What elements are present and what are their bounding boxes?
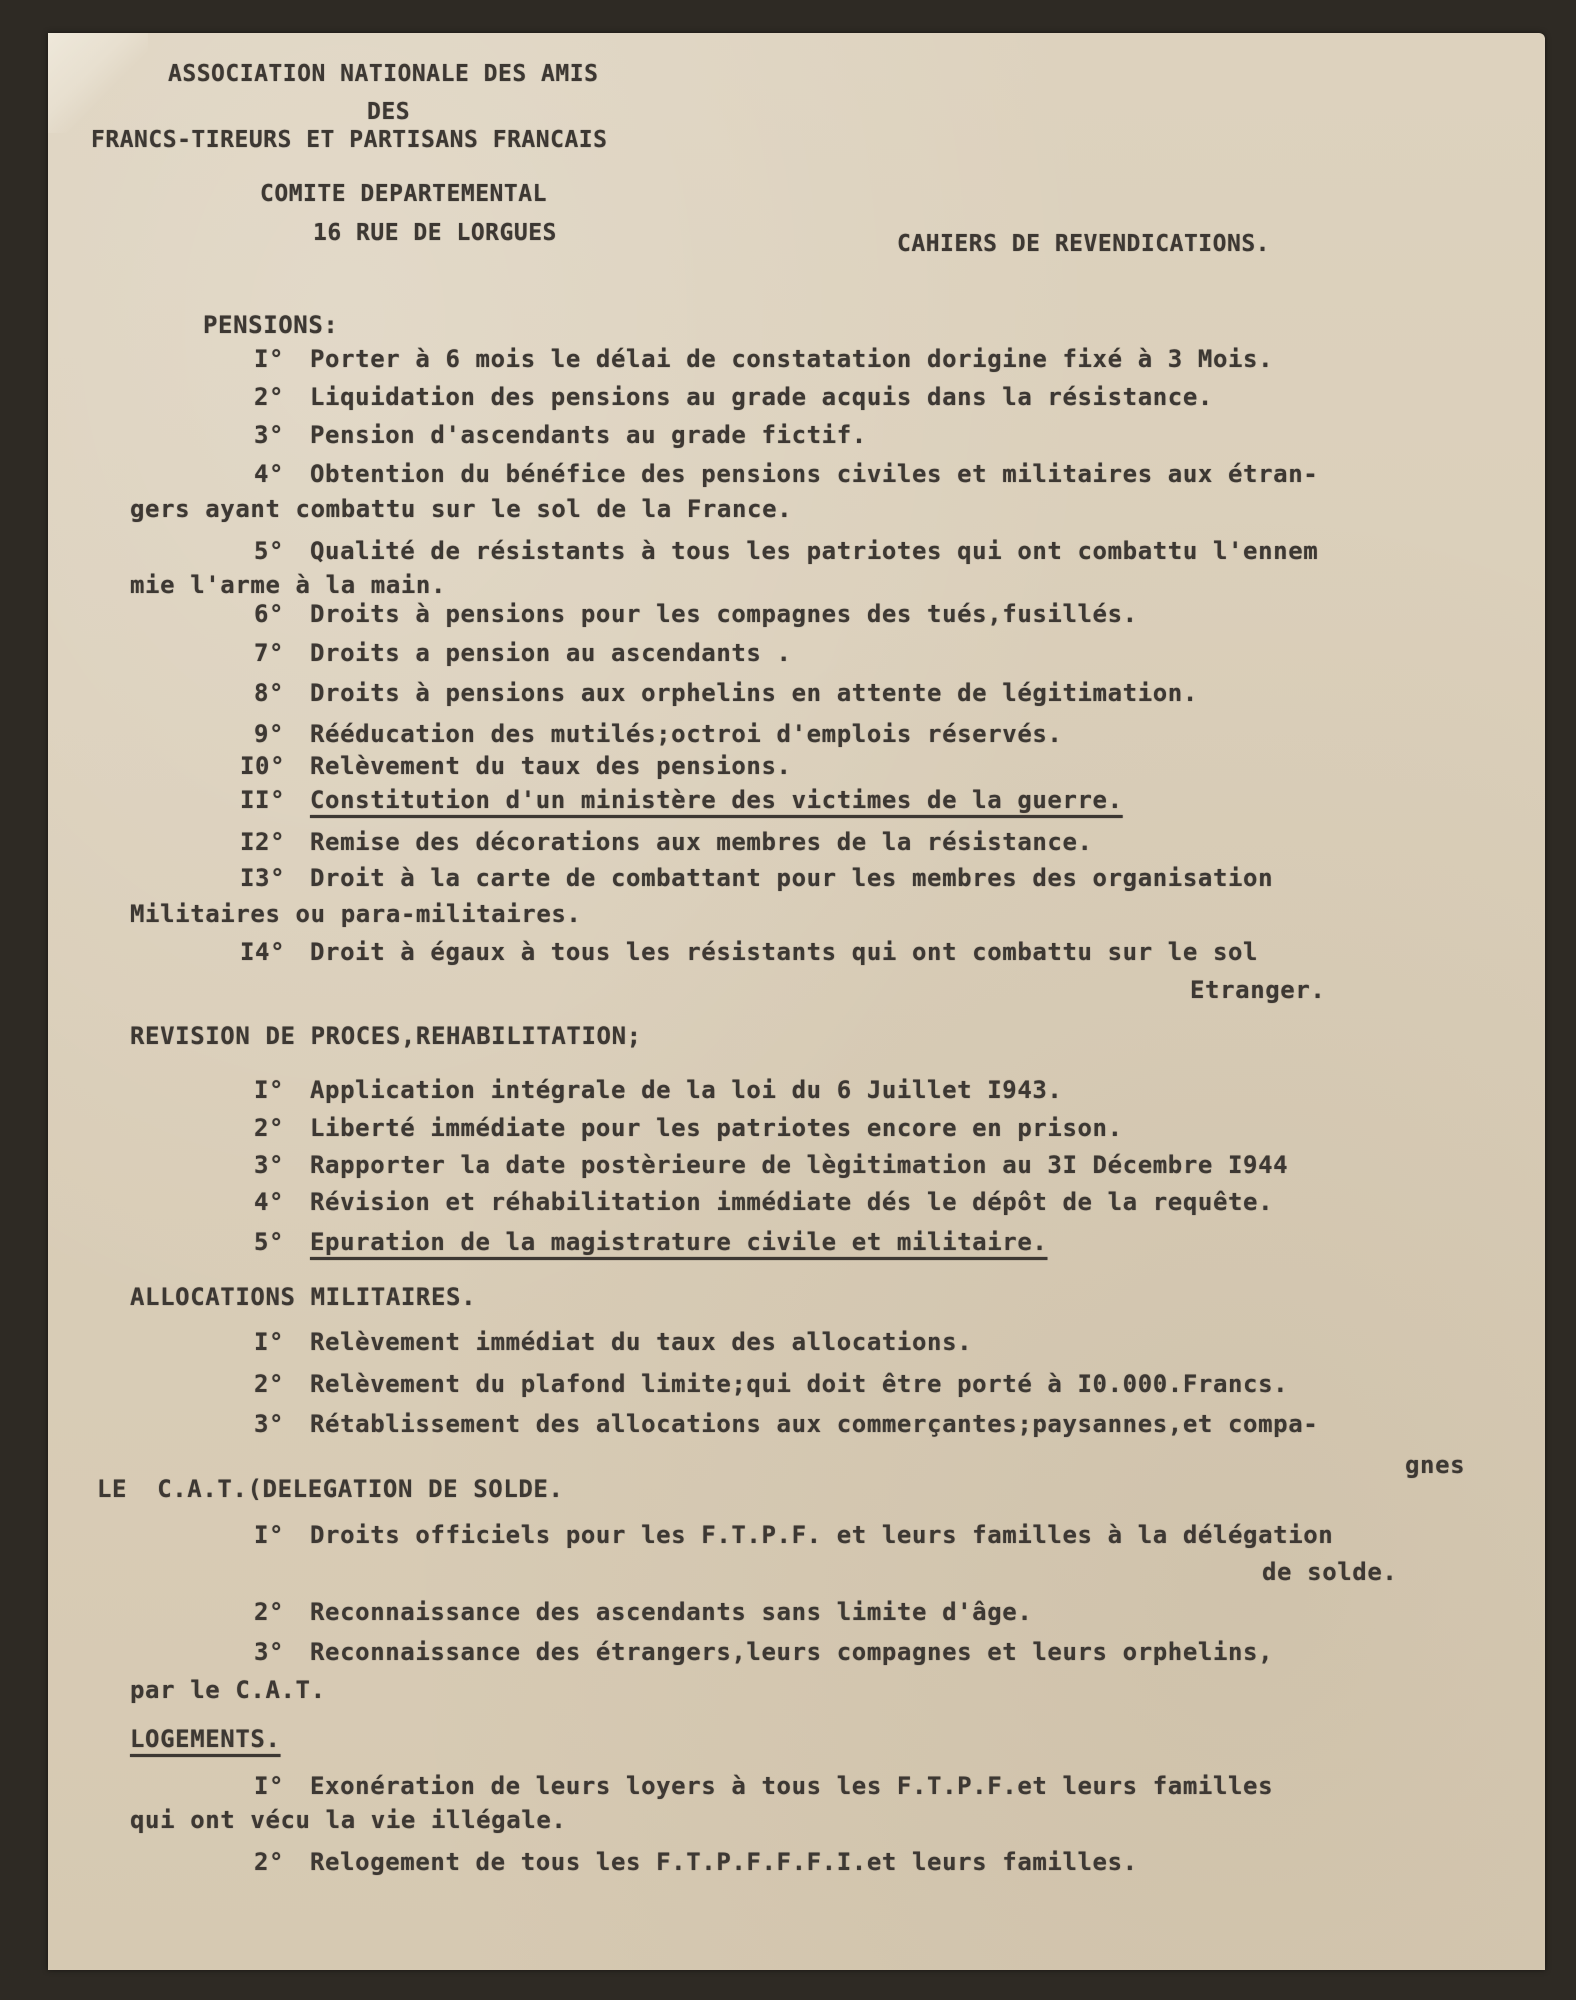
pension-item-5-cont: mie l'arme à la main. [130,573,446,597]
revision-item-1-num: I° [254,1078,284,1102]
revision-item-5-num: 5° [254,1230,284,1254]
cat-item-1-cont: de solde. [1262,1560,1397,1584]
association-name-line3: FRANCS-TIREURS ET PARTISANS FRANCAIS [91,129,608,152]
pension-item-6-num: 6° [254,602,284,626]
cat-item-3-num: 3° [254,1640,284,1664]
pension-item-10: Relèvement du taux des pensions. [310,754,792,778]
pension-item-1: Porter à 6 mois le délai de constatation… [310,347,1273,371]
pension-item-10-num: I0° [240,754,285,778]
committee-name: COMITE DEPARTEMENTAL [260,183,547,206]
logement-item-2: Relogement de tous les F.T.P.F.F.F.I.et … [310,1850,1138,1874]
allocation-item-3: Rétablissement des allocations aux comme… [310,1412,1318,1436]
pension-item-2: Liquidation des pensions au grade acquis… [310,385,1213,409]
cat-item-1-num: I° [254,1523,284,1547]
pension-item-4: Obtention du bénéfice des pensions civil… [310,462,1318,486]
section-heading-logements: LOGEMENTS. [130,1727,281,1751]
pension-item-13: Droit à la carte de combattant pour les … [310,866,1273,890]
logement-item-1-cont: qui ont vécu la vie illégale. [130,1808,566,1832]
allocation-item-3-num: 3° [254,1412,284,1436]
revision-item-1: Application intégrale de la loi du 6 Jui… [310,1078,1062,1102]
pension-item-11: Constitution d'un ministère des victimes… [310,788,1123,812]
pension-item-7-num: 7° [254,641,284,665]
logement-item-1-num: I° [254,1774,284,1798]
revision-item-3: Rapporter la date postèrieure de lègitim… [310,1153,1288,1177]
pension-item-7: Droits a pension au ascendants . [310,641,792,665]
revision-item-2: Liberté immédiate pour les patriotes enc… [310,1116,1123,1140]
section-heading-allocations: ALLOCATIONS MILITAIRES. [130,1285,476,1309]
pension-item-13-cont: Militaires ou para-militaires. [130,902,581,926]
cat-item-3-cont: par le C.A.T. [130,1678,326,1702]
allocation-item-2: Relèvement du plafond limite;qui doit êt… [310,1372,1288,1396]
pension-item-5: Qualité de résistants à tous les patriot… [310,539,1318,563]
section-heading-cat: LE C.A.T.(DELEGATION DE SOLDE. [97,1477,564,1501]
cat-item-2-num: 2° [254,1600,284,1624]
pension-item-9-num: 9° [254,722,284,746]
section-heading-revision: REVISION DE PROCES,REHABILITATION; [130,1024,642,1048]
revision-item-4: Révision et réhabilitation immédiate dés… [310,1190,1273,1214]
pension-item-14-num: I4° [240,940,285,964]
pension-item-12: Remise des décorations aux membres de la… [310,830,1093,854]
logement-item-2-num: 2° [254,1850,284,1874]
allocation-item-1: Relèvement immédiat du taux des allocati… [310,1330,972,1354]
committee-address: 16 RUE DE LORGUES [313,222,557,245]
pension-item-3: Pension d'ascendants au grade fictif. [310,423,867,447]
association-name-line2: DES [367,101,410,124]
pension-item-6: Droits à pensions pour les compagnes des… [310,602,1138,626]
allocation-item-1-num: I° [254,1330,284,1354]
association-name-line1: ASSOCIATION NATIONALE DES AMIS [168,63,598,86]
pension-item-4-num: 4° [254,462,284,486]
logement-item-1: Exonération de leurs loyers à tous les F… [310,1774,1273,1798]
pension-item-12-num: I2° [240,830,285,854]
cat-item-2: Reconnaissance des ascendants sans limit… [310,1600,1032,1624]
allocation-item-2-num: 2° [254,1372,284,1396]
pension-item-11-num: II° [240,788,285,812]
pension-item-8: Droits à pensions aux orphelins en atten… [310,681,1198,705]
revision-item-2-num: 2° [254,1116,284,1140]
revision-item-3-num: 3° [254,1153,284,1177]
section-heading-pensions: PENSIONS: [203,313,338,337]
pension-item-14: Droit à égaux à tous les résistants qui … [310,940,1258,964]
pension-item-3-num: 3° [254,423,284,447]
cat-item-1: Droits officiels pour les F.T.P.F. et le… [310,1523,1333,1547]
cat-item-3: Reconnaissance des étrangers,leurs compa… [310,1640,1273,1664]
document-title: CAHIERS DE REVENDICATIONS. [897,233,1270,256]
pension-item-9: Rééducation des mutilés;octroi d'emplois… [310,722,1062,746]
pension-item-8-num: 8° [254,681,284,705]
pension-item-1-num: I° [254,347,284,371]
pension-item-14-cont: Etranger. [1190,978,1325,1002]
pension-item-13-num: I3° [240,866,285,890]
allocation-item-3-cont: gnes [1405,1453,1465,1477]
pension-item-4-cont: gers ayant combattu sur le sol de la Fra… [130,497,792,521]
revision-item-5: Epuration de la magistrature civile et m… [310,1230,1047,1254]
pension-item-5-num: 5° [254,539,284,563]
pension-item-2-num: 2° [254,385,284,409]
revision-item-4-num: 4° [254,1190,284,1214]
